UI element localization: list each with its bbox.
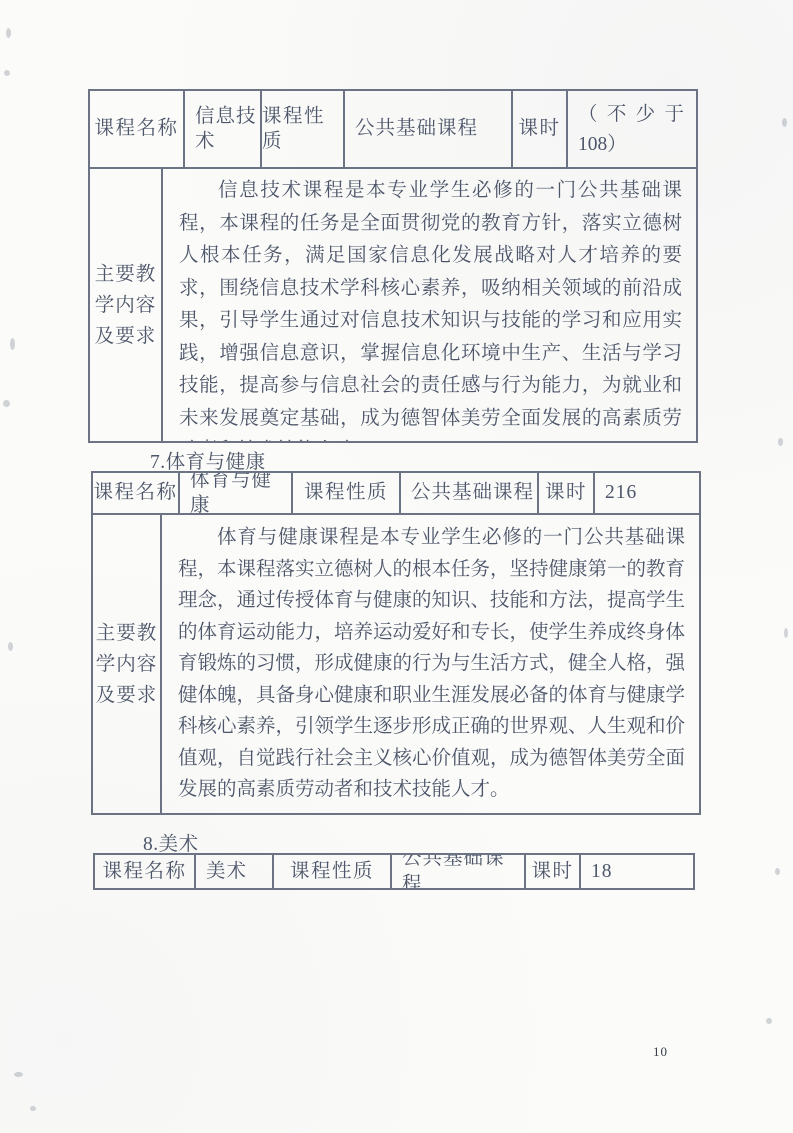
course-hours-label: 课时 bbox=[539, 473, 595, 513]
course-name-value: 体育与健康 bbox=[180, 473, 293, 513]
course-nature-label: 课程性质 bbox=[293, 473, 401, 513]
scan-artifact bbox=[4, 70, 10, 76]
course-body-row: 主要教学内容及要求 信息技术课程是本专业学生必修的一门公共基础课程，本课程的任务… bbox=[90, 169, 696, 441]
course-table-pe-health: 课程名称 体育与健康 课程性质 公共基础课程 课时 216 主要教学内容及要求 … bbox=[91, 471, 701, 815]
course-description-text: 体育与健康课程是本专业学生必修的一门公共基础课程，本课程落实立德树人的根本任务，… bbox=[162, 515, 699, 813]
course-name-label: 课程名称 bbox=[90, 91, 185, 167]
course-hours-label: 课时 bbox=[513, 91, 568, 167]
document-page: 课程名称 信息技术 课程性质 公共基础课程 课时 （不少于108） 主要教学内容… bbox=[0, 0, 793, 1133]
scan-artifact bbox=[778, 438, 783, 446]
scan-artifact bbox=[30, 1106, 36, 1111]
scan-artifact bbox=[6, 28, 11, 38]
scan-artifact bbox=[3, 400, 10, 407]
scan-artifact bbox=[775, 868, 780, 875]
scan-artifact bbox=[766, 1018, 772, 1024]
course-nature-label: 课程性质 bbox=[274, 855, 392, 888]
scan-artifact bbox=[782, 118, 787, 127]
course-hours-value: 216 bbox=[595, 473, 699, 513]
scan-artifact bbox=[8, 642, 13, 651]
course-header-row: 课程名称 信息技术 课程性质 公共基础课程 课时 （不少于108） bbox=[90, 91, 696, 169]
teaching-content-requirements-label: 主要教学内容及要求 bbox=[93, 515, 162, 813]
scan-artifact bbox=[784, 628, 788, 638]
page-number: 10 bbox=[653, 1044, 668, 1060]
course-header-row: 课程名称 美术 课程性质 公共基础课程 课时 18 bbox=[95, 855, 693, 888]
course-description-text: 信息技术课程是本专业学生必修的一门公共基础课程，本课程的任务是全面贯彻党的教育方… bbox=[163, 169, 696, 441]
course-hours-value: （不少于108） bbox=[568, 91, 696, 167]
course-hours-label: 课时 bbox=[526, 855, 581, 888]
course-table-information-technology: 课程名称 信息技术 课程性质 公共基础课程 课时 （不少于108） 主要教学内容… bbox=[88, 89, 698, 443]
teaching-content-requirements-label: 主要教学内容及要求 bbox=[90, 169, 163, 441]
section-heading-art: 8.美术 bbox=[143, 828, 199, 856]
course-name-label: 课程名称 bbox=[95, 855, 196, 888]
course-name-label: 课程名称 bbox=[93, 473, 180, 513]
course-table-art: 课程名称 美术 课程性质 公共基础课程 课时 18 bbox=[93, 853, 695, 890]
scan-artifact bbox=[10, 338, 15, 350]
course-nature-value: 公共基础课程 bbox=[392, 855, 526, 888]
scan-artifact bbox=[14, 1072, 23, 1077]
course-name-value: 美术 bbox=[196, 855, 274, 888]
section-heading-pe-health: 7.体育与健康 bbox=[150, 446, 266, 474]
course-nature-value: 公共基础课程 bbox=[345, 91, 513, 167]
course-name-value: 信息技术 bbox=[185, 91, 262, 167]
course-nature-value: 公共基础课程 bbox=[401, 473, 539, 513]
course-body-row: 主要教学内容及要求 体育与健康课程是本专业学生必修的一门公共基础课程，本课程落实… bbox=[93, 515, 699, 813]
course-nature-label: 课程性质 bbox=[262, 91, 345, 167]
course-header-row: 课程名称 体育与健康 课程性质 公共基础课程 课时 216 bbox=[93, 473, 699, 515]
course-hours-value: 18 bbox=[581, 855, 693, 888]
